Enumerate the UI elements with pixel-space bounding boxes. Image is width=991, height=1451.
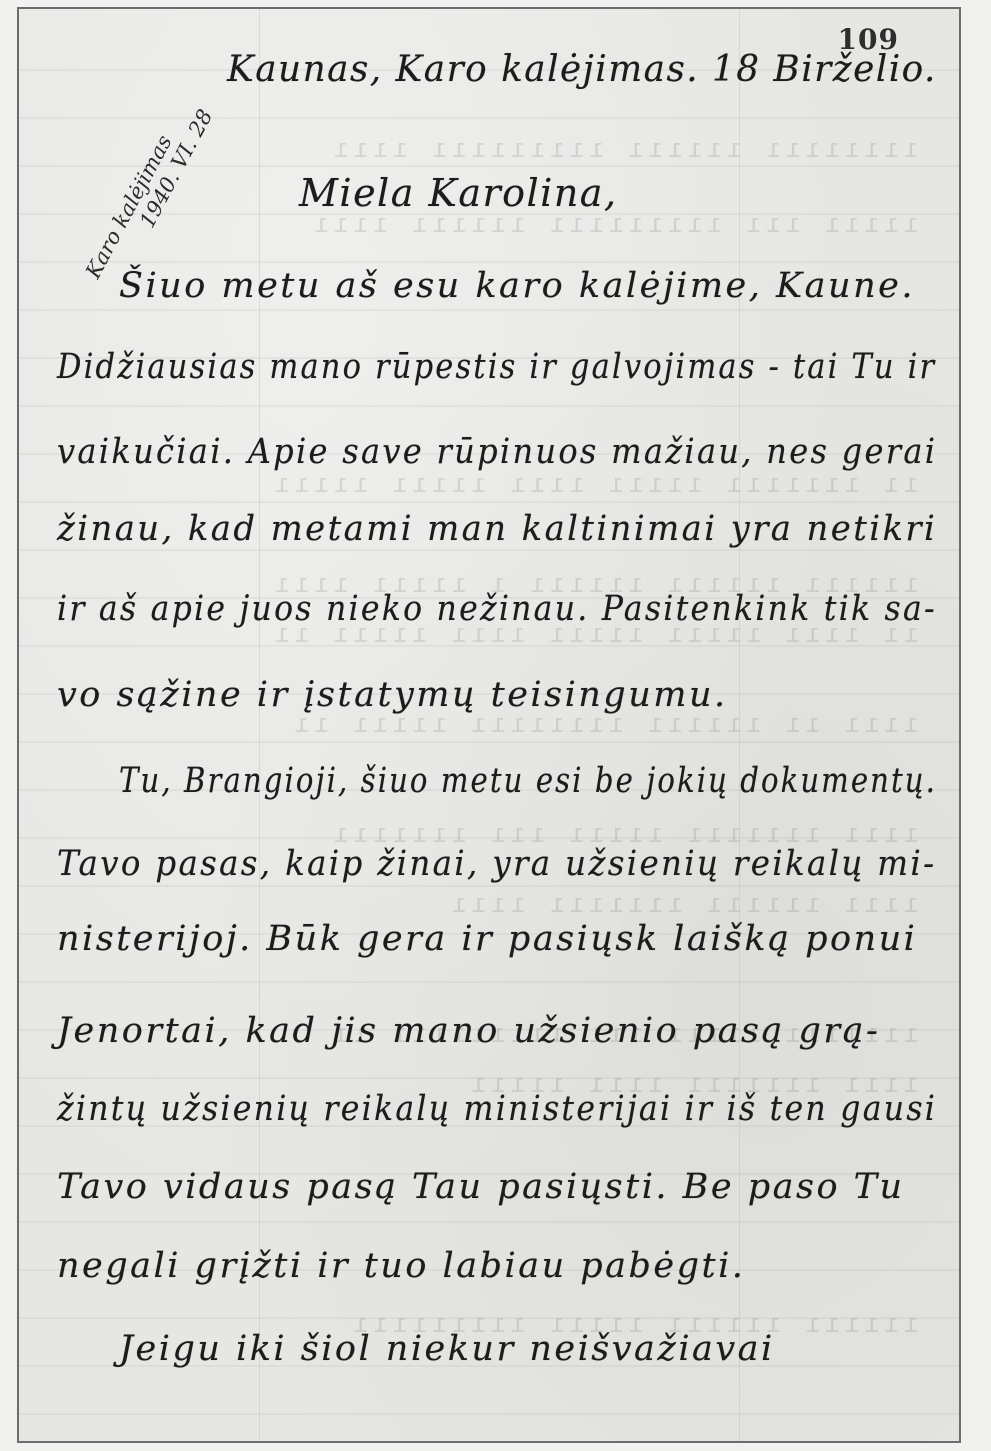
bleed-through-text: ıııı ıııııı ııııııı ıııı (79, 889, 919, 919)
letter-line: Didžiausias mano rūpestis ir galvojimas … (57, 347, 936, 387)
letter-line: vo sąžine ir įstatymų teisingumu. (57, 675, 728, 715)
letter-line: Jenortai, kad jis mano užsienio pasą grą… (57, 1011, 880, 1051)
letter-line: žinau, kad metami man kaltinimai yra net… (57, 509, 937, 549)
letter-line: ir aš apie juos nieko nežinau. Pasitenki… (57, 589, 937, 629)
letter-line: nisterijoj. Būk gera ir pasiųsk laišką p… (57, 919, 917, 959)
archival-margin-note: Karo kalėjimas 1940. VI. 28 (81, 41, 245, 293)
letter-line: vaikučiai. Apie save rūpinuos mažiau, ne… (57, 432, 937, 472)
letter-line: Tu, Brangioji, šiuo metu esi be jokių do… (119, 761, 937, 801)
paper-rule-vertical (259, 9, 260, 1441)
letter-line: Jeigu iki šiol niekur neišvažiavai (119, 1329, 775, 1369)
paper-rule-vertical (739, 9, 740, 1441)
letter-heading-place-date: Kaunas, Karo kalėjimas. 18 Birželio. (227, 49, 937, 90)
scanned-letter-page: ıııııııı ıııııı ııııııııı ıııı ııııı ııı… (17, 7, 961, 1443)
margin-note-line: Karo kalėjimas (81, 41, 224, 282)
margin-note-date: 1940. VI. 28 (102, 53, 245, 294)
letter-line: negali grįžti ir tuo labiau pabėgti. (57, 1246, 745, 1286)
letter-salutation: Miela Karolina, (299, 171, 618, 215)
bleed-through-text: ıı ııııııı ııııı ıııı ııııı ııııı (79, 469, 919, 499)
letter-line: Tavo pasas, kaip žinai, yra užsienių rei… (57, 844, 936, 884)
letter-line: Tavo vidaus pasą Tau pasiųsti. Be paso T… (57, 1167, 905, 1207)
letter-line: žintų užsienių reikalų ministerijai ir i… (57, 1089, 937, 1129)
letter-line: Šiuo metu aš esu karo kalėjime, Kaune. (119, 266, 915, 306)
